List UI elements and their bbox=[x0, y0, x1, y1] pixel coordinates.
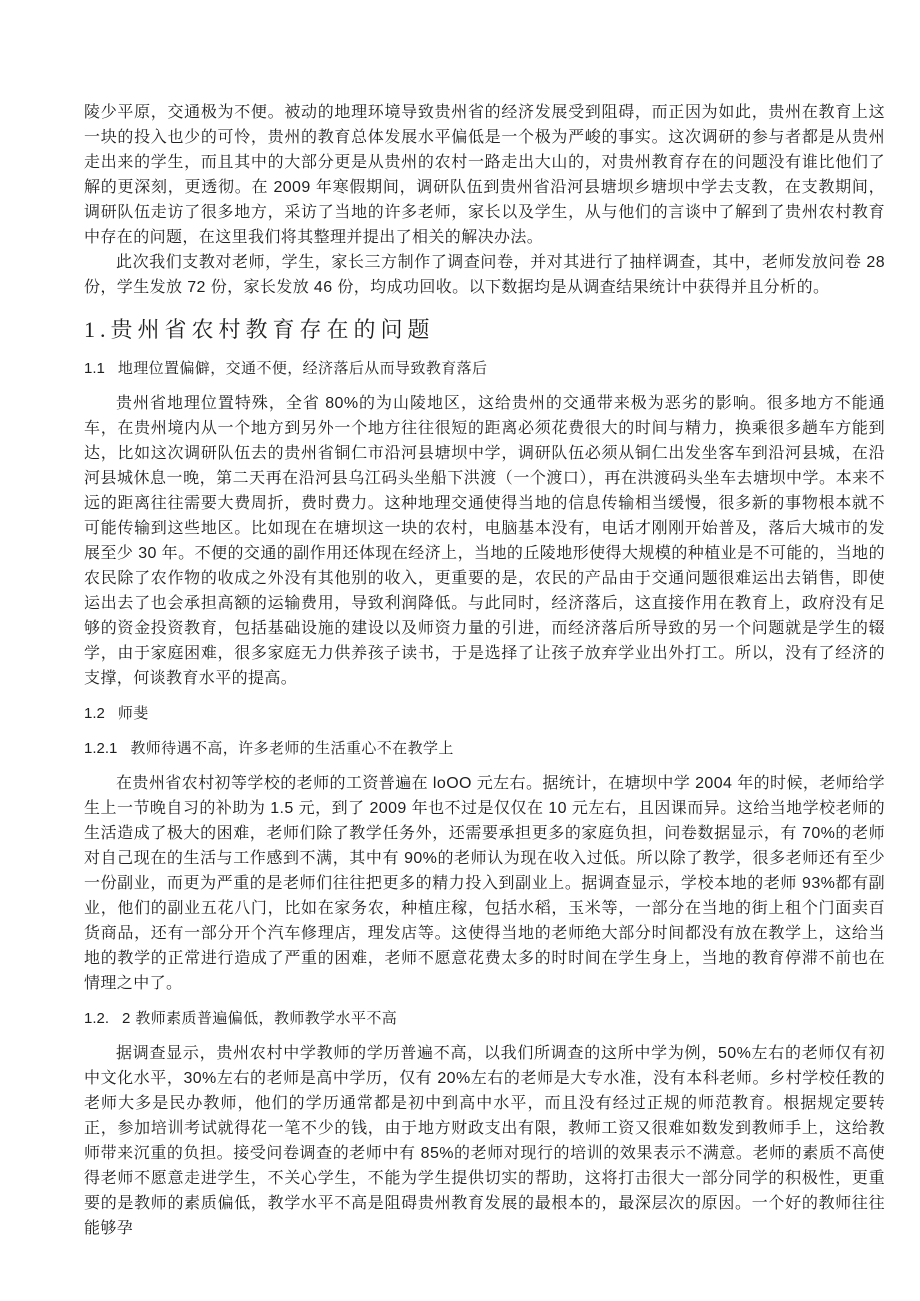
section-1-2-title: 师斐 bbox=[118, 705, 149, 722]
section-1-2-1-title: 教师待遇不高，许多老师的生活重心不在教学上 bbox=[130, 740, 453, 757]
section-1-2-1-number: 1.2.1 bbox=[84, 740, 117, 757]
section-1-2-2-heading: 1.2.2 教师素质普遍偏低，教师教学水平不高 bbox=[84, 1007, 885, 1031]
section-1-1-title: 地理位置偏僻，交通不便，经济落后从而导致教育落后 bbox=[118, 360, 488, 377]
paragraph-geography-economy: 贵州省地理位置特殊，全省 80%的为山陵地区，这给贵州的交通带来极为恶劣的影响。… bbox=[84, 391, 885, 691]
section-1-2-heading: 1.2师斐 bbox=[84, 702, 885, 726]
section-1-1-heading: 1.1地理位置偏僻，交通不便，经济落后从而导致教育落后 bbox=[84, 357, 885, 381]
document-body: 陵少平原，交通极为不便。被动的地理环境导致贵州省的经济发展受到阻碍，而正因为如此… bbox=[84, 100, 885, 1241]
section-1-1-number: 1.1 bbox=[84, 360, 105, 377]
section-1-heading: 1.贵州省农村教育存在的问题 bbox=[84, 314, 885, 346]
section-1-2-number: 1.2 bbox=[84, 705, 105, 722]
section-1-2-2-number: 1.2. bbox=[84, 1010, 109, 1027]
paragraph-survey-overview: 此次我们支教对老师，学生，家长三方制作了调查问卷，并对其进行了抽样调查，其中，老… bbox=[84, 250, 885, 300]
section-1-2-1-heading: 1.2.1教师待遇不高，许多老师的生活重心不在教学上 bbox=[84, 737, 885, 761]
paragraph-teacher-quality: 据调查显示，贵州农村中学教师的学历普遍不高，以我们所调查的这所中学为例，50%左… bbox=[84, 1041, 885, 1241]
section-1-2-2-title: 2 教师素质普遍偏低，教师教学水平不高 bbox=[122, 1010, 397, 1027]
paragraph-teacher-pay: 在贵州省农村初等学校的老师的工资普遍在 loOO 元左右。据统计，在塘坝中学 2… bbox=[84, 771, 885, 996]
paragraph-intro-continuation: 陵少平原，交通极为不便。被动的地理环境导致贵州省的经济发展受到阻碍，而正因为如此… bbox=[84, 100, 885, 250]
